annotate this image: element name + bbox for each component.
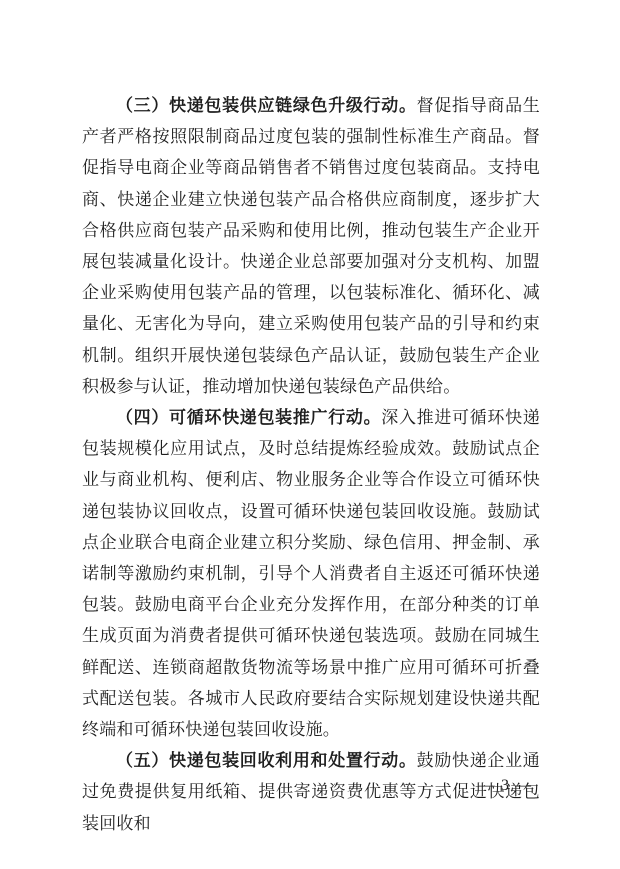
- paragraph-section-3-heading: （三）快递包装供应链绿色升级行动。: [116, 96, 417, 115]
- paragraph-section-4: （四）可循环快递包装推广行动。深入推进可循环快递包装规模化应用试点，及时总结提炼…: [82, 402, 540, 745]
- paragraph-section-3-body: 督促指导商品生产者严格按照限制商品过度包装的强制性标准生产商品。督促指导电商企业…: [82, 96, 540, 396]
- document-body: （三）快递包装供应链绿色升级行动。督促指导商品生产者严格按照限制商品过度包装的强…: [82, 90, 540, 839]
- paragraph-section-4-body: 深入推进可循环快递包装规模化应用试点，及时总结提炼经验成效。鼓励试点企业与商业机…: [82, 408, 540, 739]
- paragraph-section-3: （三）快递包装供应链绿色升级行动。督促指导商品生产者严格按照限制商品过度包装的强…: [82, 90, 540, 402]
- page-number: — 3 —: [479, 777, 532, 795]
- paragraph-section-5-heading: （五）快递包装回收利用和处置行动。: [116, 751, 417, 770]
- paragraph-section-4-heading: （四）可循环快递包装推广行动。: [116, 408, 381, 427]
- paragraph-section-5: （五）快递包装回收利用和处置行动。鼓励快递企业通过免费提供复用纸箱、提供寄递资费…: [82, 745, 540, 839]
- document-page: （三）快递包装供应链绿色升级行动。督促指导商品生产者严格按照限制商品过度包装的强…: [0, 0, 620, 869]
